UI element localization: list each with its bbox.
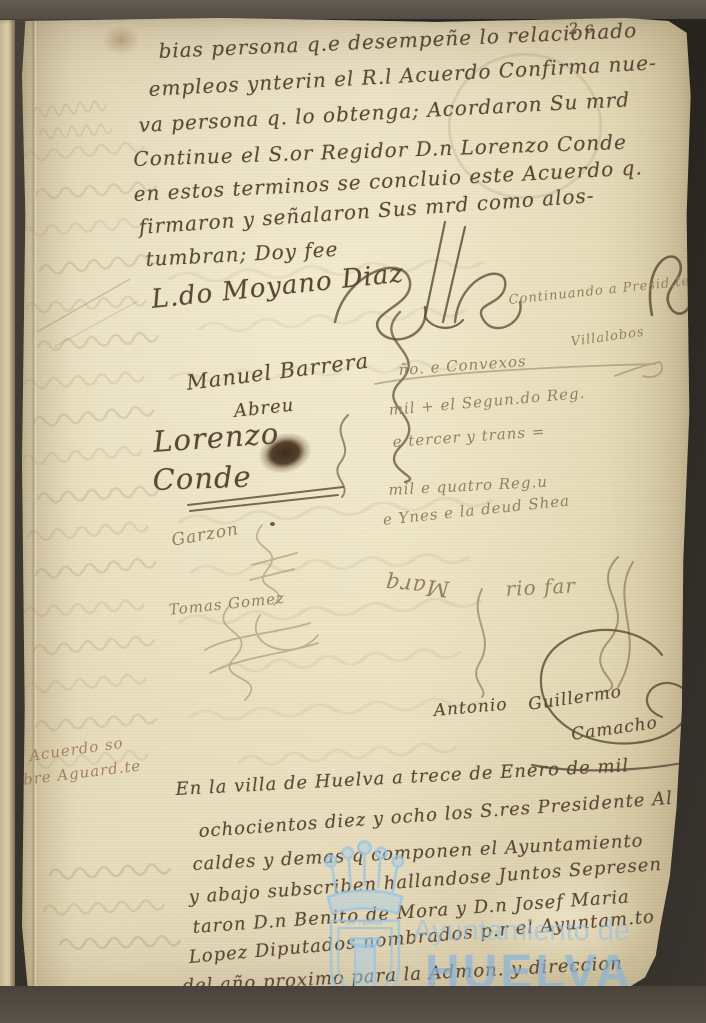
signature-antonio: Antonio [433, 695, 508, 721]
bottom-paragraph-line: En la villa de Huelva a trece de Enero d… [175, 755, 630, 800]
annotation-line: ño. e Convexos [398, 352, 527, 379]
top-paragraph-line: tumbran; Doy fee [145, 237, 339, 271]
previous-page-edge [0, 20, 15, 997]
annotation-line: mil + el Segun.do Reg. [388, 384, 586, 419]
signature-camacho: Camacho [570, 713, 659, 745]
signature-tomas-gomez: Tomas Gomez [168, 589, 286, 619]
signature-garzon: Garzon [170, 519, 240, 551]
signature-guillermo: Guillermo [527, 682, 623, 715]
annotation-inverted: Marq [384, 570, 450, 601]
annotation-rio: rio far [505, 573, 576, 601]
photo-background-bottom [0, 986, 706, 1023]
ink-stain [102, 25, 140, 55]
watermark-text-line1: Ayuntamiento de [413, 915, 630, 948]
photo-background-top [0, 0, 706, 19]
signature-conde: Conde [152, 460, 252, 497]
ink-dot [270, 522, 275, 526]
annotation-line: e tercer y trans = [392, 422, 546, 451]
manuscript-page: 2 c bias persona q.e desempeñe lo relaci… [20, 17, 692, 1005]
page-fold-crease [31, 17, 37, 1005]
manuscript-photo: 2 c bias persona q.e desempeñe lo relaci… [0, 0, 706, 1023]
signature-barrera: Manuel Barrera [185, 349, 370, 395]
annotation-continuando: Continuando a Presid.te [508, 274, 691, 308]
signature-villalobos: Villalobos [570, 325, 646, 350]
